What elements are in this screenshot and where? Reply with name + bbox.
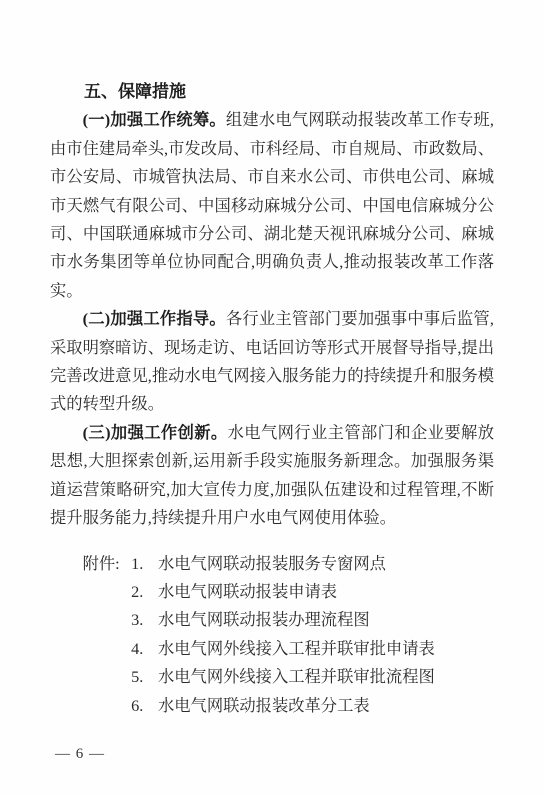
attachment-item-4-number: 4.	[131, 635, 158, 663]
paragraph-1: (一)加强工作统筹。组建水电气网联动报装改革工作专班,由市住建局牵头,市发改局、…	[50, 106, 494, 305]
attachment-item-2-number: 2.	[131, 578, 158, 606]
attachment-item-5: 5.水电气网外线接入工程并联审批流程图	[131, 663, 494, 691]
attachment-item-5-title: 水电气网外线接入工程并联审批流程图	[158, 663, 494, 691]
attachment-item-6-title: 水电气网联动报装改革分工表	[158, 692, 494, 720]
paragraph-2: (二)加强工作指导。各行业主管部门要加强事中事后监管,采取明察暗访、现场走访、电…	[50, 305, 494, 419]
attachments-block: 附件: 1.水电气网联动报装服务专窗网点 2.水电气网联动报装申请表 3.水电气…	[50, 550, 494, 720]
attachment-item-4: 4.水电气网外线接入工程并联审批申请表	[131, 635, 494, 663]
attachment-item-5-number: 5.	[131, 663, 158, 691]
document-page: 五、保障措施 (一)加强工作统筹。组建水电气网联动报装改革工作专班,由市住建局牵…	[0, 0, 544, 795]
section-heading: 五、保障措施	[50, 78, 494, 106]
attachment-item-3-number: 3.	[131, 606, 158, 634]
attachments-list: 1.水电气网联动报装服务专窗网点 2.水电气网联动报装申请表 3.水电气网联动报…	[131, 550, 494, 720]
attachment-item-6-number: 6.	[131, 692, 158, 720]
attachment-item-4-title: 水电气网外线接入工程并联审批申请表	[158, 635, 494, 663]
attachment-item-1-title: 水电气网联动报装服务专窗网点	[158, 550, 494, 578]
page-number: — 6 —	[55, 746, 105, 763]
attachment-item-3-title: 水电气网联动报装办理流程图	[158, 606, 494, 634]
attachments-label: 附件:	[83, 550, 120, 578]
paragraph-1-lead: (一)加强工作统筹。	[83, 110, 226, 129]
attachment-item-6: 6.水电气网联动报装改革分工表	[131, 692, 494, 720]
document-body: 五、保障措施 (一)加强工作统筹。组建水电气网联动报装改革工作专班,由市住建局牵…	[50, 78, 494, 720]
attachment-item-1-number: 1.	[131, 550, 158, 578]
attachment-item-2: 2.水电气网联动报装申请表	[131, 578, 494, 606]
attachment-item-3: 3.水电气网联动报装办理流程图	[131, 606, 494, 634]
attachment-item-1: 1.水电气网联动报装服务专窗网点	[131, 550, 494, 578]
paragraph-3: (三)加强工作创新。水电气网行业主管部门和企业要解放思想,大胆探索创新,运用新手…	[50, 419, 494, 533]
paragraph-1-text: 组建水电气网联动报装改革工作专班,由市住建局牵头,市发改局、市科经局、市自规局、…	[50, 110, 494, 299]
paragraph-3-lead: (三)加强工作创新。	[83, 423, 228, 442]
attachment-item-2-title: 水电气网联动报装申请表	[158, 578, 494, 606]
paragraph-2-lead: (二)加强工作指导。	[83, 309, 226, 328]
